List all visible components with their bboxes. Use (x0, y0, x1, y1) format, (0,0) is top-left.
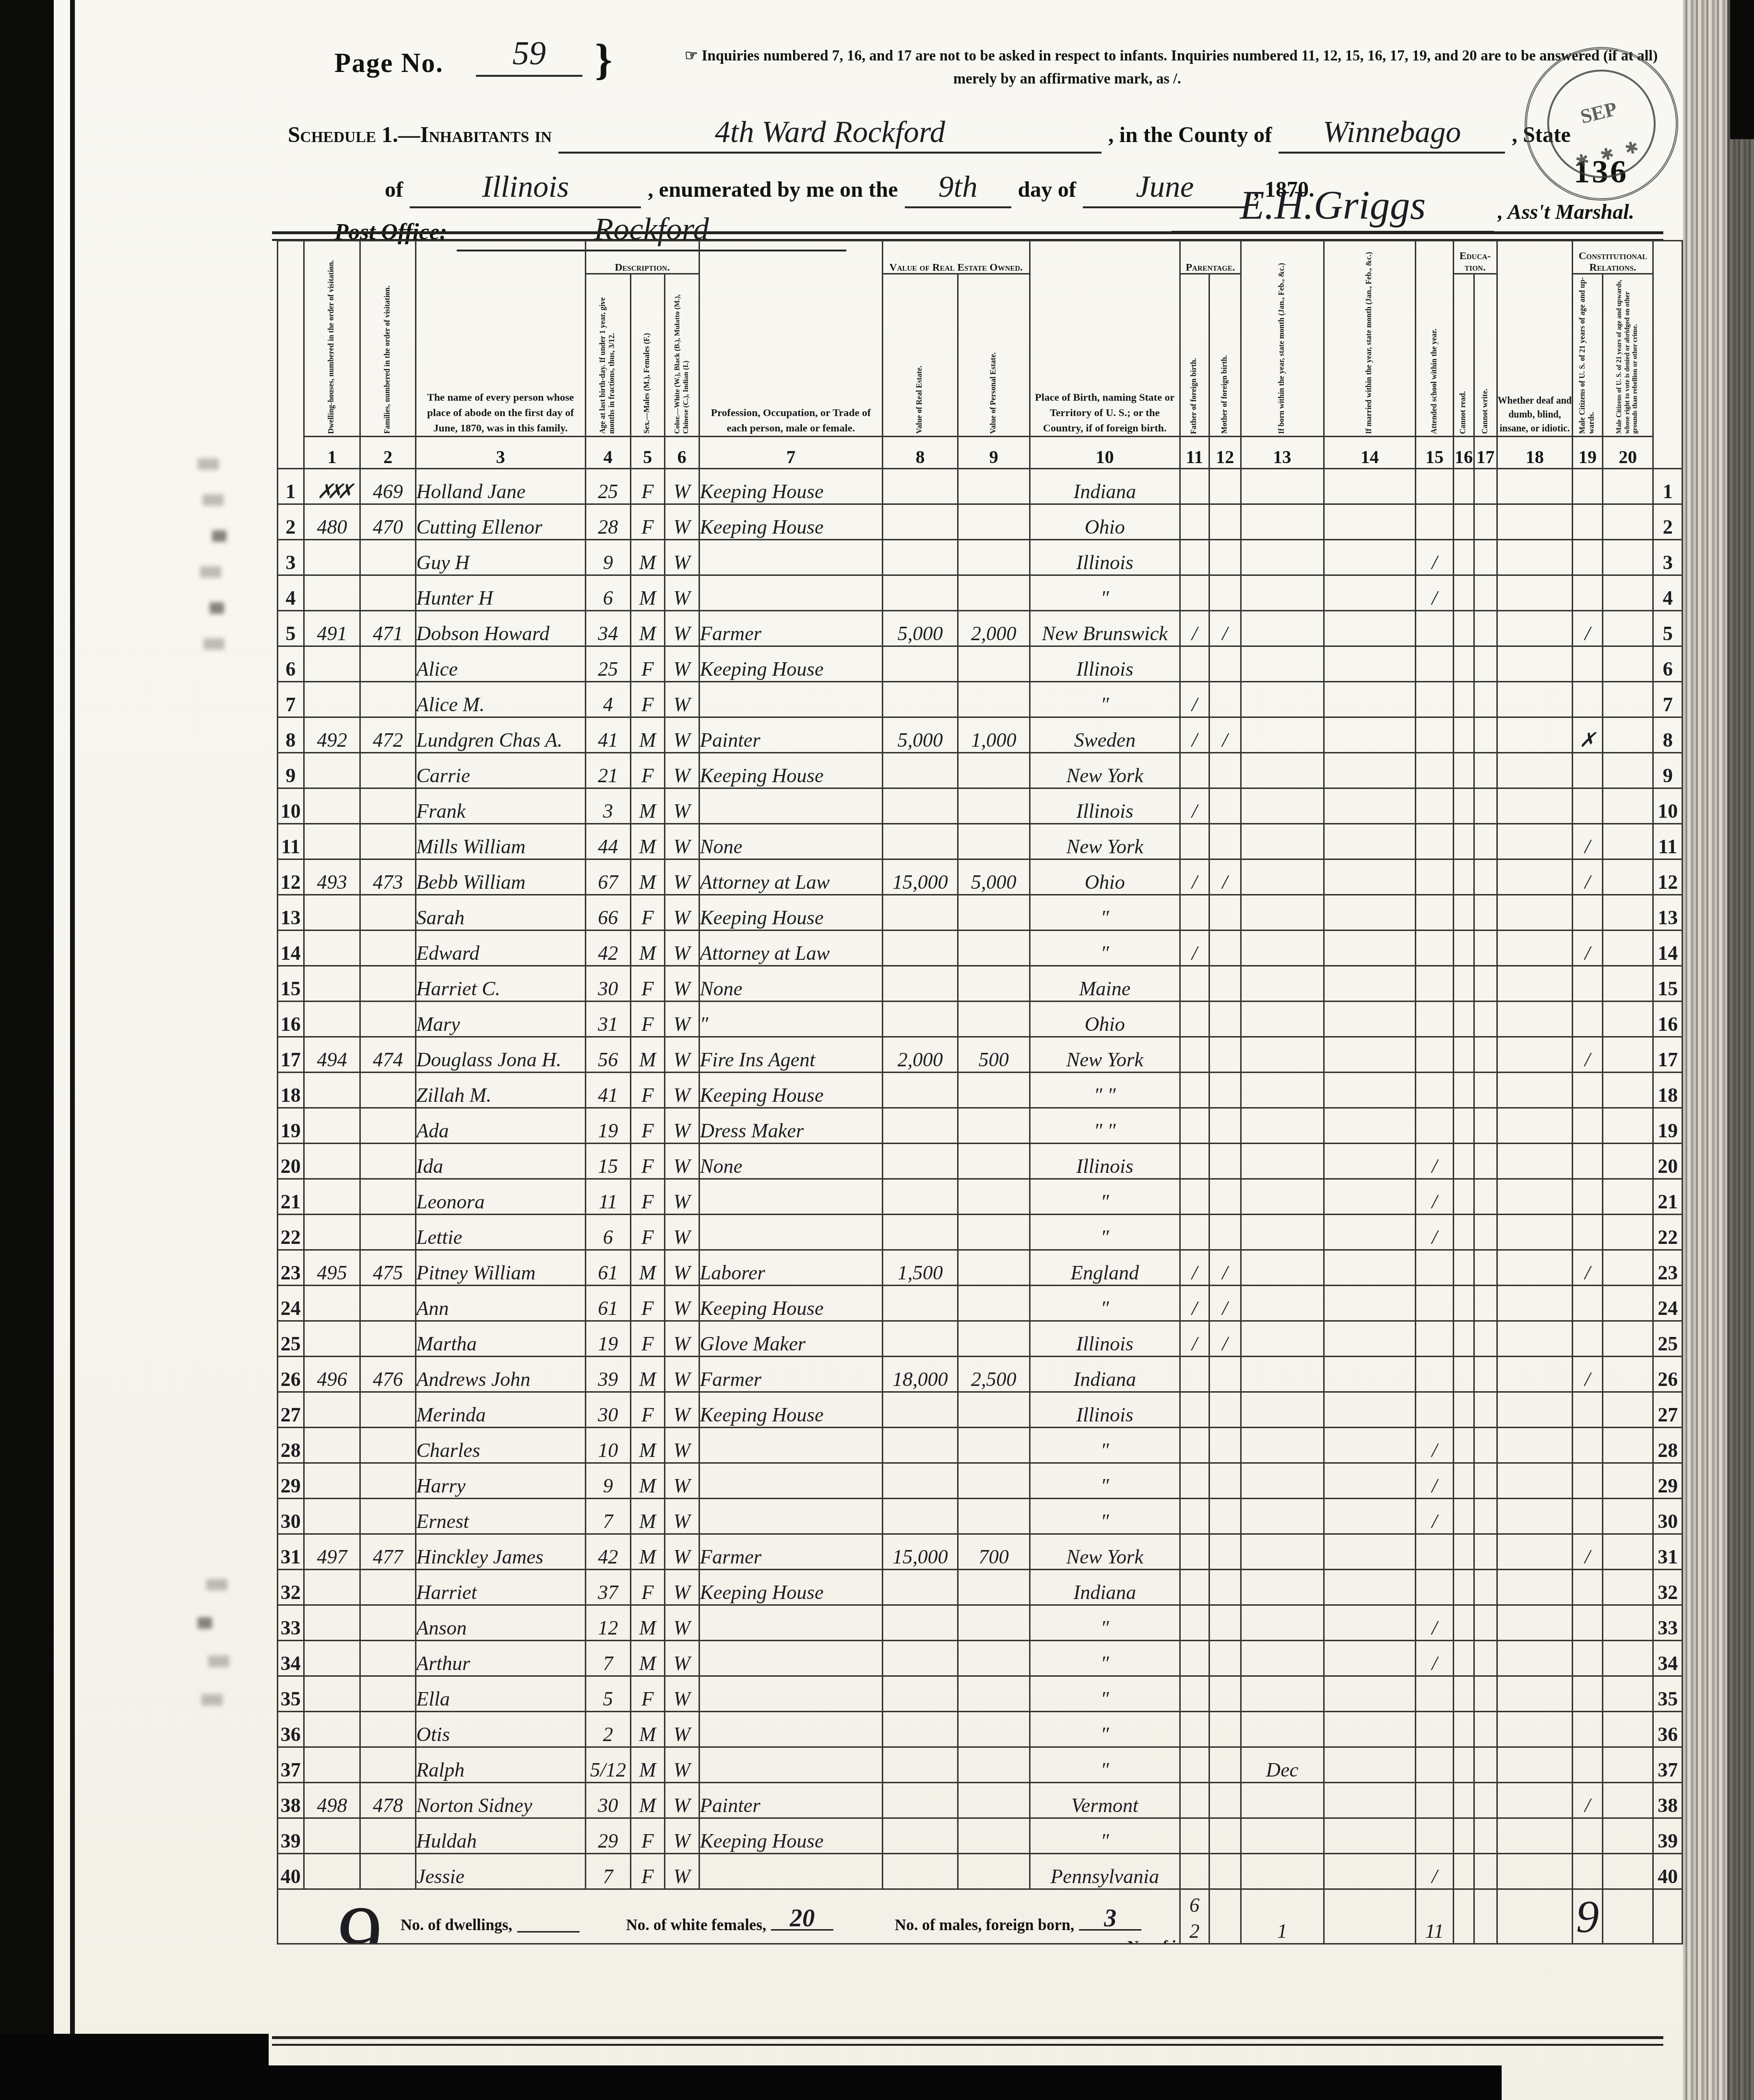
census-scan: Page No. 59 } ☞ Inquiries numbered 7, 16… (0, 0, 1754, 2100)
cell-age: 28 (585, 504, 630, 540)
cell-col11: / (1180, 1250, 1209, 1286)
row-number-left: 6 (278, 646, 304, 682)
cell-personal-estate (958, 1605, 1030, 1641)
cell-personal-estate (958, 1818, 1030, 1854)
cell-age: 7 (585, 1641, 630, 1676)
footer-big-mark: 9 (335, 1893, 380, 1944)
cell-occupation (699, 1499, 882, 1534)
column-number-2: 2 (360, 437, 416, 469)
cell-color: W (664, 859, 699, 895)
cell-age: 6 (585, 1215, 630, 1250)
footer-mark-col14 (1324, 1889, 1416, 1944)
cell-col17 (1474, 1463, 1497, 1499)
cell-col14 (1324, 1818, 1416, 1854)
col-label-9: Value of Personal Estate. (989, 350, 998, 436)
cell-col14 (1324, 753, 1416, 788)
cell-name: Zillah M. (415, 1073, 585, 1108)
column-number-4: 4 (585, 437, 630, 469)
cell-occupation: Keeping House (699, 1570, 882, 1605)
cell-col13 (1241, 824, 1324, 859)
cell-col20 (1602, 1570, 1653, 1605)
cell-col11 (1180, 1073, 1209, 1108)
cell-col14 (1324, 824, 1416, 859)
cell-birthplace: ″ (1030, 1499, 1180, 1534)
row-number-right: 14 (1653, 931, 1683, 966)
cell-col14 (1324, 1215, 1416, 1250)
cell-family (360, 646, 416, 682)
cell-birthplace: ″ (1030, 1428, 1180, 1463)
cell-col12 (1209, 1037, 1241, 1073)
cell-age: 5 (585, 1676, 630, 1712)
row-number-left: 1 (278, 469, 304, 504)
cell-birthplace: New York (1030, 1037, 1180, 1073)
cell-col15: / (1416, 1641, 1454, 1676)
cell-col14 (1324, 1747, 1416, 1783)
cell-col12 (1209, 753, 1241, 788)
cell-col20 (1602, 1712, 1653, 1747)
cell-name: Ida (415, 1144, 585, 1179)
cell-col20 (1602, 1179, 1653, 1215)
row-number-left: 16 (278, 1002, 304, 1037)
cell-col18 (1497, 1392, 1572, 1428)
cell-col12 (1209, 1357, 1241, 1392)
cell-col14 (1324, 1037, 1416, 1073)
cell-col15 (1416, 1570, 1454, 1605)
row-number-right: 34 (1653, 1641, 1683, 1676)
cell-birthplace: Ohio (1030, 859, 1180, 895)
col-label-6: Color.—White (W.), Black (B.), Mulatto (… (674, 274, 690, 436)
cell-col18 (1497, 753, 1572, 788)
cell-col18 (1497, 1818, 1572, 1854)
cell-real-estate (883, 1108, 958, 1144)
cell-personal-estate: 2,000 (958, 611, 1030, 646)
row-number-left: 21 (278, 1179, 304, 1215)
cell-col20 (1602, 682, 1653, 717)
cell-real-estate (883, 1321, 958, 1357)
cell-col18 (1497, 931, 1572, 966)
cell-col11 (1180, 504, 1209, 540)
cell-sex: M (630, 1499, 664, 1534)
table-row: 27Merinda30FWKeeping HouseIllinois27 (278, 1392, 1683, 1428)
cell-real-estate (883, 1179, 958, 1215)
col-label-1: Dwelling-houses, numbered in the order o… (327, 258, 336, 436)
row-number-left: 17 (278, 1037, 304, 1073)
cell-real-estate (883, 1428, 958, 1463)
table-row: 33Anson12MW″/33 (278, 1605, 1683, 1641)
cell-col15 (1416, 1073, 1454, 1108)
cell-family (360, 1676, 416, 1712)
cell-family (360, 788, 416, 824)
col-label-10: Place of Birth, naming State or Territor… (1035, 391, 1174, 434)
cell-col17 (1474, 1108, 1497, 1144)
cell-col14 (1324, 1392, 1416, 1428)
cell-family (360, 1712, 416, 1747)
footer-mark-eleven: 11 (1425, 1921, 1444, 1943)
cell-sex: F (630, 1818, 664, 1854)
row-number-right: 4 (1653, 575, 1683, 611)
cell-color: W (664, 1712, 699, 1747)
cell-color: W (664, 931, 699, 966)
cell-dwelling (304, 1854, 360, 1889)
cell-col18 (1497, 611, 1572, 646)
cell-dwelling (304, 1392, 360, 1428)
cell-col18 (1497, 1321, 1572, 1357)
cell-sex: F (630, 1392, 664, 1428)
cell-col11 (1180, 1463, 1209, 1499)
cell-col12 (1209, 469, 1241, 504)
cell-name: Alice M. (415, 682, 585, 717)
cell-col15 (1416, 1534, 1454, 1570)
cell-color: W (664, 1073, 699, 1108)
cell-dwelling (304, 1818, 360, 1854)
cell-occupation: ″ (699, 1002, 882, 1037)
cell-sex: M (630, 1641, 664, 1676)
cell-dwelling (304, 1463, 360, 1499)
cell-col19 (1573, 1179, 1603, 1215)
cell-sex: M (630, 1428, 664, 1463)
column-number-17: 17 (1474, 437, 1497, 469)
group-constitutional-label: Constitutional Relations. (1578, 250, 1647, 273)
cell-col16 (1453, 1357, 1474, 1392)
cell-dwelling (304, 682, 360, 717)
cell-col14 (1324, 1499, 1416, 1534)
cell-personal-estate (958, 1179, 1030, 1215)
cell-personal-estate: 700 (958, 1534, 1030, 1570)
cell-col19: / (1573, 931, 1603, 966)
table-header: Dwelling-houses, numbered in the order o… (278, 241, 1683, 469)
row-number-left: 36 (278, 1712, 304, 1747)
cell-col11 (1180, 1783, 1209, 1818)
cell-col20 (1602, 753, 1653, 788)
cell-col11 (1180, 1002, 1209, 1037)
census-table: Dwelling-houses, numbered in the order o… (277, 240, 1683, 1945)
cell-color: W (664, 1144, 699, 1179)
cell-col12 (1209, 1073, 1241, 1108)
cell-dwelling: 480 (304, 504, 360, 540)
cell-color: W (664, 1250, 699, 1286)
cell-real-estate (883, 1002, 958, 1037)
book-edge-shade (1727, 0, 1754, 2100)
cell-col13 (1241, 1392, 1324, 1428)
row-number-left: 29 (278, 1463, 304, 1499)
col-label-12: Mother of foreign birth. (1221, 353, 1230, 436)
cell-col13 (1241, 575, 1324, 611)
scan-corner-top-right (1730, 0, 1754, 139)
column-number-20: 20 (1602, 437, 1653, 469)
cell-col16 (1453, 1179, 1474, 1215)
cell-col16 (1453, 611, 1474, 646)
cell-col11: / (1180, 717, 1209, 753)
cell-col17 (1474, 646, 1497, 682)
cell-col13 (1241, 611, 1324, 646)
cell-age: 11 (585, 1179, 630, 1215)
cell-name: Bebb William (415, 859, 585, 895)
cell-sex: M (630, 717, 664, 753)
cell-personal-estate (958, 824, 1030, 859)
row-number-right: 10 (1653, 788, 1683, 824)
cell-sex: M (630, 1747, 664, 1783)
cell-age: 25 (585, 469, 630, 504)
cell-col12 (1209, 1463, 1241, 1499)
cell-color: W (664, 1641, 699, 1676)
cell-dwelling (304, 1676, 360, 1712)
cell-sex: F (630, 1073, 664, 1108)
cell-col18 (1497, 575, 1572, 611)
cell-dwelling (304, 1499, 360, 1534)
cell-col16 (1453, 966, 1474, 1002)
cell-name: Ella (415, 1676, 585, 1712)
footer-insane-label: No. of insane, (1127, 1938, 1180, 1944)
table-row: 15Harriet C.30FWNoneMaine15 (278, 966, 1683, 1002)
cell-dwelling (304, 824, 360, 859)
group-description-label: Description. (615, 261, 670, 273)
cell-col20 (1602, 646, 1653, 682)
row-number-right: 29 (1653, 1463, 1683, 1499)
cell-col13 (1241, 717, 1324, 753)
cell-sex: M (630, 1712, 664, 1747)
row-number-left: 2 (278, 504, 304, 540)
cell-col19 (1573, 646, 1603, 682)
cell-sex: F (630, 895, 664, 931)
cell-family (360, 1428, 416, 1463)
table-row: 12493473Bebb William67MWAttorney at Law1… (278, 859, 1683, 895)
cell-col13 (1241, 1499, 1324, 1534)
table-body: 1✗✗✗469Holland Jane25FWKeeping HouseIndi… (278, 469, 1683, 1889)
cell-col20 (1602, 469, 1653, 504)
table-row: 26496476Andrews John39MWFarmer18,0002,50… (278, 1357, 1683, 1392)
cell-col19 (1573, 788, 1603, 824)
cell-family (360, 682, 416, 717)
col-label-19: Male Citizens of U. S. of 21 years of ag… (1578, 274, 1597, 436)
cell-occupation: Painter (699, 1783, 882, 1818)
cell-dwelling (304, 540, 360, 575)
cell-col20 (1602, 717, 1653, 753)
cell-col20 (1602, 1676, 1653, 1712)
enumerated-label: , enumerated by me on the (648, 177, 898, 202)
cell-real-estate (883, 788, 958, 824)
cell-sex: F (630, 646, 664, 682)
cell-age: 4 (585, 682, 630, 717)
cell-col18 (1497, 1037, 1572, 1073)
state-value: Illinois (410, 169, 641, 208)
cell-col12 (1209, 1534, 1241, 1570)
cell-col17 (1474, 1215, 1497, 1250)
cell-col19: / (1573, 1357, 1603, 1392)
cell-birthplace: Illinois (1030, 1144, 1180, 1179)
cell-personal-estate (958, 1641, 1030, 1676)
cell-col11 (1180, 1747, 1209, 1783)
cell-personal-estate (958, 469, 1030, 504)
cell-color: W (664, 540, 699, 575)
row-number-left: 15 (278, 966, 304, 1002)
cell-col16 (1453, 1215, 1474, 1250)
cell-col13 (1241, 1179, 1324, 1215)
cell-sex: F (630, 1002, 664, 1037)
cell-col13 (1241, 1534, 1324, 1570)
cell-col18 (1497, 1712, 1572, 1747)
cell-personal-estate (958, 1463, 1030, 1499)
cell-col16 (1453, 1037, 1474, 1073)
cell-family (360, 1215, 416, 1250)
cell-col13 (1241, 1073, 1324, 1108)
row-number-left: 35 (278, 1676, 304, 1712)
cell-col14 (1324, 1428, 1416, 1463)
cell-dwelling (304, 1286, 360, 1321)
cell-family: 472 (360, 717, 416, 753)
cell-sex: F (630, 1144, 664, 1179)
cell-col17 (1474, 1712, 1497, 1747)
cell-col15 (1416, 895, 1454, 931)
cell-color: W (664, 1854, 699, 1889)
cell-dwelling: 495 (304, 1250, 360, 1286)
row-number-right: 24 (1653, 1286, 1683, 1321)
bottom-double-rule (272, 2036, 1663, 2046)
cell-col18 (1497, 1108, 1572, 1144)
cell-col14 (1324, 646, 1416, 682)
cell-real-estate (883, 753, 958, 788)
cell-col12 (1209, 1428, 1241, 1463)
cell-col12: / (1209, 1286, 1241, 1321)
cell-family (360, 1570, 416, 1605)
cell-age: 44 (585, 824, 630, 859)
cell-col18 (1497, 1854, 1572, 1889)
row-number-left: 27 (278, 1392, 304, 1428)
cell-col14 (1324, 1676, 1416, 1712)
row-number-left: 39 (278, 1818, 304, 1854)
cell-col12: / (1209, 717, 1241, 753)
cell-col16 (1453, 1463, 1474, 1499)
cell-col15: / (1416, 575, 1454, 611)
cell-col20 (1602, 1215, 1653, 1250)
cell-col12 (1209, 1783, 1241, 1818)
row-number-right: 25 (1653, 1321, 1683, 1357)
row-number-left: 37 (278, 1747, 304, 1783)
cell-birthplace: ″ (1030, 1179, 1180, 1215)
cell-col18 (1497, 1357, 1572, 1392)
cell-family (360, 1641, 416, 1676)
cell-col17 (1474, 931, 1497, 966)
cell-age: 5/12 (585, 1747, 630, 1783)
cell-real-estate (883, 1570, 958, 1605)
cell-real-estate (883, 575, 958, 611)
cell-age: 41 (585, 1073, 630, 1108)
cell-color: W (664, 1215, 699, 1250)
bleed-smudge (212, 530, 226, 542)
cell-sex: F (630, 469, 664, 504)
cell-col16 (1453, 504, 1474, 540)
cell-occupation (699, 1712, 882, 1747)
cell-birthplace: ″ (1030, 1818, 1180, 1854)
cell-occupation (699, 1179, 882, 1215)
row-number-right: 39 (1653, 1818, 1683, 1854)
cell-col12 (1209, 1712, 1241, 1747)
cell-occupation (699, 1747, 882, 1783)
cell-col13 (1241, 1002, 1324, 1037)
row-number-right: 19 (1653, 1108, 1683, 1144)
table-row: 22Lettie6FW″/22 (278, 1215, 1683, 1250)
cell-dwelling (304, 1321, 360, 1357)
cell-col11: / (1180, 931, 1209, 966)
cell-real-estate (883, 1463, 958, 1499)
cell-family (360, 1605, 416, 1641)
cell-color: W (664, 717, 699, 753)
col-header-20: Male Citizens of U. S. of 21 years of ag… (1602, 274, 1653, 437)
cell-col19 (1573, 1144, 1603, 1179)
cell-col17 (1474, 1676, 1497, 1712)
table-row: 11Mills William44MWNoneNew York/11 (278, 824, 1683, 859)
cell-col18 (1497, 469, 1572, 504)
row-number-left: 19 (278, 1108, 304, 1144)
cell-age: 12 (585, 1605, 630, 1641)
cell-color: W (664, 682, 699, 717)
cell-col17 (1474, 1747, 1497, 1783)
cell-family: 469 (360, 469, 416, 504)
cell-col13 (1241, 931, 1324, 966)
cell-personal-estate: 500 (958, 1037, 1030, 1073)
cell-name: Hunter H (415, 575, 585, 611)
cell-col17 (1474, 753, 1497, 788)
cell-col19 (1573, 682, 1603, 717)
cell-col13 (1241, 1570, 1324, 1605)
cell-col11 (1180, 575, 1209, 611)
footer-line-1: No. of dwellings, No. of white females,2… (401, 1915, 1180, 1934)
cell-real-estate: 5,000 (883, 717, 958, 753)
cell-col12: / (1209, 859, 1241, 895)
cell-real-estate (883, 1073, 958, 1108)
row-number-right: 16 (1653, 1002, 1683, 1037)
cell-occupation: Fire Ins Agent (699, 1037, 882, 1073)
col-header-10: Place of Birth, naming State or Territor… (1030, 241, 1180, 437)
col-header-1: Dwelling-houses, numbered in the order o… (304, 241, 360, 437)
cell-col14 (1324, 1854, 1416, 1889)
cell-col16 (1453, 1108, 1474, 1144)
cell-col11 (1180, 1534, 1209, 1570)
cell-color: W (664, 1783, 699, 1818)
cell-col15 (1416, 1712, 1454, 1747)
col-header-17: Cannot write. (1474, 274, 1497, 437)
day-value: 9th (905, 169, 1011, 208)
cell-occupation: Farmer (699, 1357, 882, 1392)
table-row: 5491471Dobson Howard34MWFarmer5,0002,000… (278, 611, 1683, 646)
cell-col14 (1324, 575, 1416, 611)
table-row: 37Ralph5/12MW″Dec37 (278, 1747, 1683, 1783)
cell-color: W (664, 611, 699, 646)
cell-family (360, 1499, 416, 1534)
cell-col14 (1324, 1641, 1416, 1676)
col-label-20: Male Citizens of U. S. of 21 years of ag… (1616, 274, 1640, 436)
cell-dwelling (304, 1144, 360, 1179)
cell-family (360, 1108, 416, 1144)
cell-col15 (1416, 1002, 1454, 1037)
row-number-right: 2 (1653, 504, 1683, 540)
cell-name: Leonora (415, 1179, 585, 1215)
row-number-right: 20 (1653, 1144, 1683, 1179)
cell-col14 (1324, 1534, 1416, 1570)
cell-family: 478 (360, 1783, 416, 1818)
col-label-3: The name of every person whose place of … (427, 391, 574, 434)
cell-col13 (1241, 1676, 1324, 1712)
cell-col13 (1241, 504, 1324, 540)
footer-mark-col20 (1602, 1889, 1653, 1944)
cell-personal-estate (958, 1499, 1030, 1534)
cell-name: Hinckley James (415, 1534, 585, 1570)
cell-sex: F (630, 1286, 664, 1321)
footer-males-foreign-value: 3 (1104, 1911, 1116, 1926)
cell-col19 (1573, 1641, 1603, 1676)
cell-col12 (1209, 1818, 1241, 1854)
cell-col17 (1474, 1428, 1497, 1463)
cell-color: W (664, 1357, 699, 1392)
